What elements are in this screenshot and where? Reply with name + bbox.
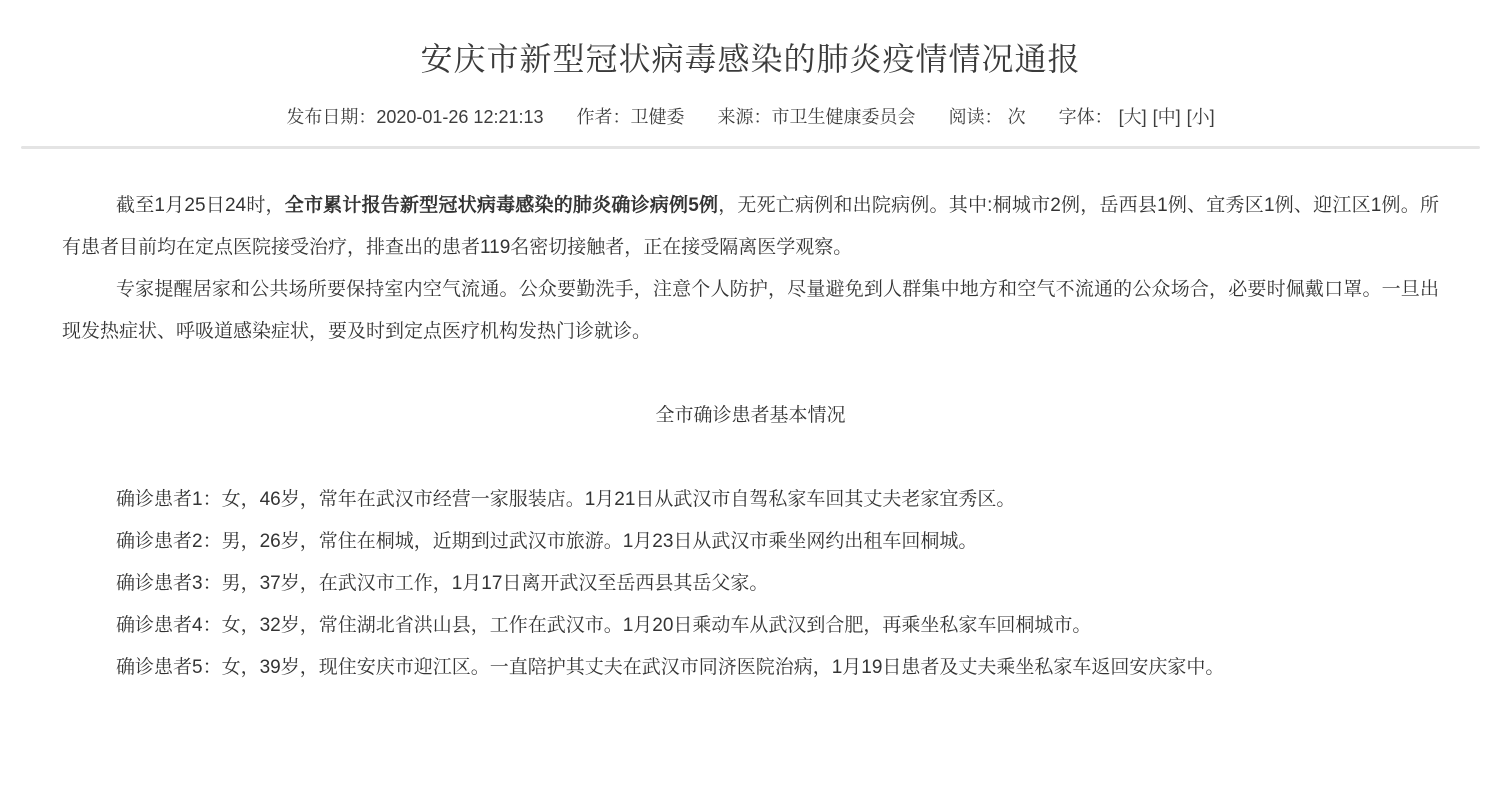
outbreak-summary-pre: 截至1月25日24时，	[116, 195, 285, 216]
source-label: 来源：	[718, 107, 772, 127]
patient-item-1: 确诊患者1：女，46岁，常年在武汉市经营一家服装店。1月21日从武汉市自驾私家车…	[62, 479, 1439, 521]
views-label: 阅读：	[949, 107, 1003, 127]
font-size-medium-link[interactable]: [中]	[1153, 107, 1181, 127]
paragraph-expert-advice: 专家提醒居家和公共场所要保持室内空气流通。公众要勤洗手，注意个人防护，尽量避免到…	[62, 269, 1439, 353]
patient-item-2: 确诊患者2：男，26岁，常住在桐城，近期到过武汉市旅游。1月23日从武汉市乘坐网…	[62, 521, 1439, 563]
page-title: 安庆市新型冠状病毒感染的肺炎疫情情况通报	[0, 0, 1501, 80]
source-value: 市卫生健康委员会	[772, 107, 916, 127]
font-size-large-link[interactable]: [大]	[1119, 107, 1147, 127]
article-body: 截至1月25日24时，全市累计报告新型冠状病毒感染的肺炎确诊病例5例，无死亡病例…	[62, 185, 1439, 689]
section-title: 全市确诊患者基本情况	[62, 395, 1439, 437]
meta-bar: 发布日期：2020-01-26 12:21:13 作者：卫健委 来源：市卫生健康…	[0, 103, 1501, 129]
paragraph-outbreak-summary: 截至1月25日24时，全市累计报告新型冠状病毒感染的肺炎确诊病例5例，无死亡病例…	[62, 185, 1439, 269]
patient-item-5: 确诊患者5：女，39岁，现住安庆市迎江区。一直陪护其丈夫在武汉市同济医院治病，1…	[62, 647, 1439, 689]
publish-date-value: 2020-01-26 12:21:13	[376, 107, 543, 127]
outbreak-summary-bold: 全市累计报告新型冠状病毒感染的肺炎确诊病例5例	[285, 195, 718, 216]
author-label: 作者：	[577, 107, 631, 127]
author: 作者：卫健委	[577, 103, 685, 129]
publish-date-label: 发布日期：	[286, 107, 376, 127]
publish-date: 发布日期：2020-01-26 12:21:13	[286, 103, 543, 129]
patient-item-4: 确诊患者4：女，32岁，常住湖北省洪山县，工作在武汉市。1月20日乘动车从武汉到…	[62, 605, 1439, 647]
source: 来源：市卫生健康委员会	[718, 103, 916, 129]
views: 阅读： 次	[949, 103, 1026, 129]
article-page: 安庆市新型冠状病毒感染的肺炎疫情情况通报 发布日期：2020-01-26 12:…	[0, 0, 1501, 800]
font-size-small-link[interactable]: [小]	[1187, 107, 1215, 127]
author-value: 卫健委	[631, 107, 685, 127]
patient-item-3: 确诊患者3：男，37岁，在武汉市工作，1月17日离开武汉至岳西县其岳父家。	[62, 563, 1439, 605]
patients-list: 确诊患者1：女，46岁，常年在武汉市经营一家服装店。1月21日从武汉市自驾私家车…	[62, 479, 1439, 689]
font-size-controls: 字体：[大][中][小]	[1059, 103, 1215, 129]
header-divider	[21, 146, 1480, 149]
views-suffix: 次	[1008, 107, 1026, 127]
font-size-label: 字体：	[1059, 107, 1113, 127]
